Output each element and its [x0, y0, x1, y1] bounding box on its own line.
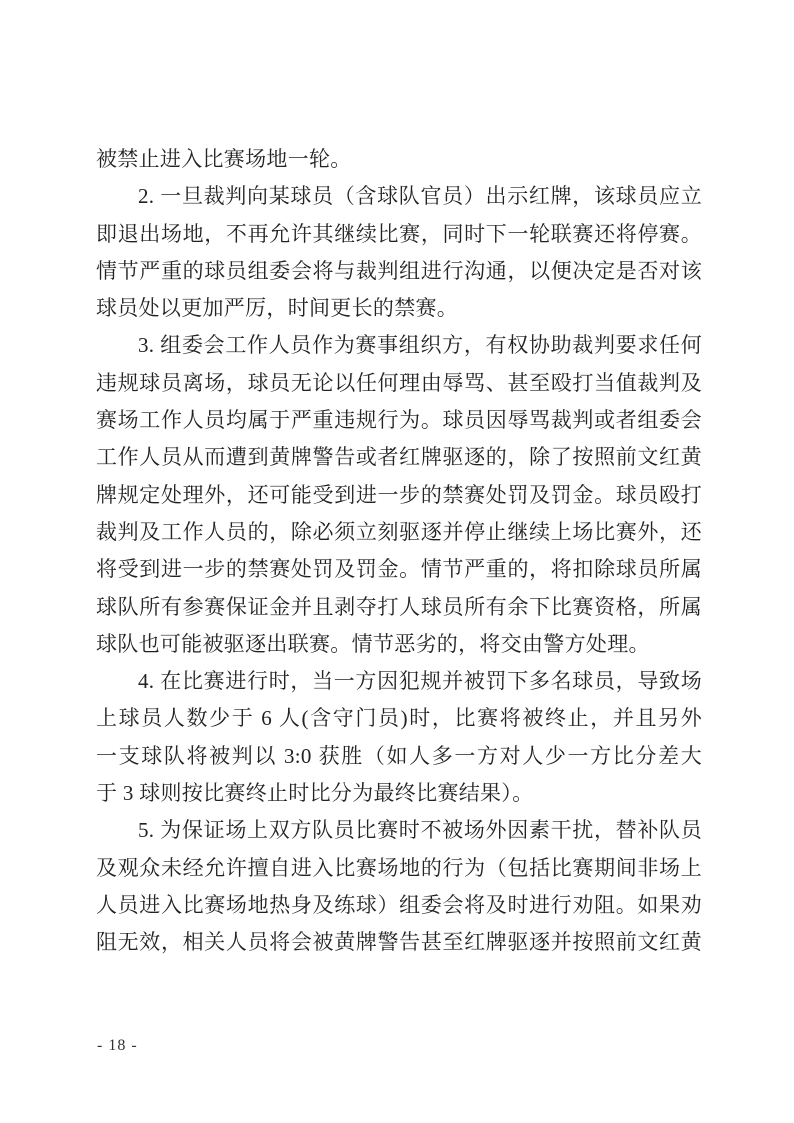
text-line: 球队所有参赛保证金并且剥夺打人球员所有余下比赛资格，所属	[96, 589, 702, 626]
text-line: 违规球员离场，球员无论以任何理由辱骂、甚至殴打当值裁判及	[96, 365, 702, 402]
text-line: 4. 在比赛进行时，当一方因犯规并被罚下多名球员，导致场	[96, 663, 702, 700]
text-line: 裁判及工作人员的，除必须立刻驱逐并停止继续上场比赛外，还	[96, 514, 702, 551]
text-line: 一支球队将被判以 3:0 获胜（如人多一方对人少一方比分差大	[96, 738, 702, 775]
text-line: 5. 为保证场上双方队员比赛时不被场外因素干扰，替补队员	[96, 812, 702, 849]
text-line: 人员进入比赛场地热身及练球）组委会将及时进行劝阻。如果劝	[96, 887, 702, 924]
text-line: 牌规定处理外，还可能受到进一步的禁赛处罚及罚金。球员殴打	[96, 477, 702, 514]
document-page: 被禁止进入比赛场地一轮。 2. 一旦裁判向某球员（含球队官员）出示红牌，该球员应…	[0, 0, 794, 1123]
text-line: 3. 组委会工作人员作为赛事组织方，有权协助裁判要求任何	[96, 327, 702, 364]
text-line: 即退出场地，不再允许其继续比赛，同时下一轮联赛还将停赛。	[96, 216, 702, 253]
text-line: 工作人员从而遭到黄牌警告或者红牌驱逐的，除了按照前文红黄	[96, 439, 702, 476]
text-line: 球队也可能被驱逐出联赛。情节恶劣的，将交由警方处理。	[96, 626, 702, 663]
document-body: 被禁止进入比赛场地一轮。 2. 一旦裁判向某球员（含球队官员）出示红牌，该球员应…	[96, 141, 702, 962]
text-line: 情节严重的球员组委会将与裁判组进行沟通，以便决定是否对该	[96, 253, 702, 290]
page-number: - 18 -	[97, 1036, 138, 1056]
text-line: 赛场工作人员均属于严重违规行为。球员因辱骂裁判或者组委会	[96, 402, 702, 439]
text-line: 2. 一旦裁判向某球员（含球队官员）出示红牌，该球员应立	[96, 178, 702, 215]
text-line: 上球员人数少于 6 人(含守门员)时，比赛将被终止，并且另外	[96, 700, 702, 737]
text-line: 于 3 球则按比赛终止时比分为最终比赛结果）。	[96, 775, 702, 812]
text-line: 阻无效，相关人员将会被黄牌警告甚至红牌驱逐并按照前文红黄	[96, 924, 702, 961]
text-line: 被禁止进入比赛场地一轮。	[96, 141, 702, 178]
text-line: 球员处以更加严厉，时间更长的禁赛。	[96, 290, 702, 327]
text-line: 将受到进一步的禁赛处罚及罚金。情节严重的，将扣除球员所属	[96, 551, 702, 588]
text-line: 及观众未经允许擅自进入比赛场地的行为（包括比赛期间非场上	[96, 850, 702, 887]
